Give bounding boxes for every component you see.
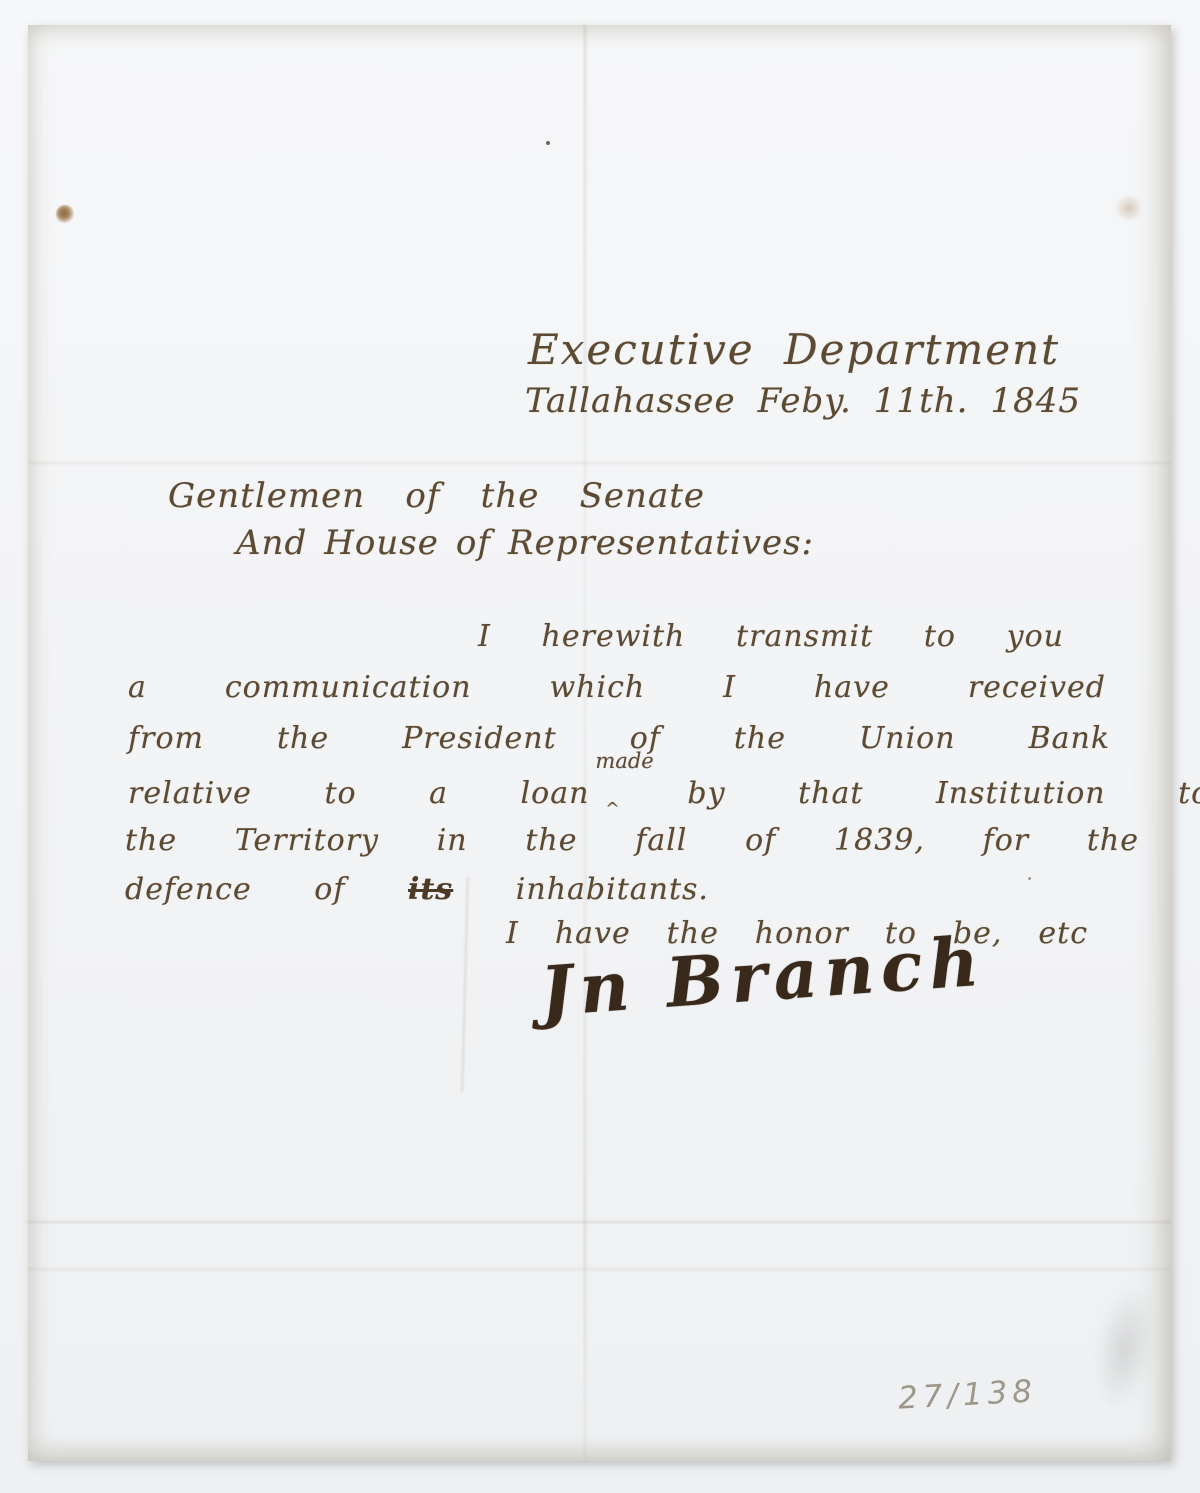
- paper-speck: [1028, 877, 1031, 880]
- body-line-2: a communication which I have received: [128, 670, 1106, 705]
- letter-page: Executive Department Tallahassee Feby. 1…: [28, 25, 1171, 1461]
- body-line-6-before: defence of: [125, 872, 345, 907]
- paper-speck: [546, 141, 550, 145]
- body-line-6: defence of its inhabitants.: [125, 872, 709, 907]
- inserted-word-text: made: [595, 749, 653, 773]
- salutation-line-2: And House of Representatives:: [236, 523, 814, 563]
- horizontal-fold-crease-bottom: [28, 1221, 1171, 1223]
- body-line-5: the Territory in the fall of 1839, for t…: [125, 823, 1139, 858]
- horizontal-fold-crease-lower: [28, 1268, 1171, 1270]
- ink-stain-spot: [56, 205, 74, 223]
- body-line-4-before: relative to a loan: [128, 776, 589, 811]
- archival-page-number: 27/138: [897, 1373, 1038, 1416]
- horizontal-fold-crease-top: [28, 462, 1171, 464]
- salutation-line-1: Gentlemen of the Senate: [168, 476, 705, 516]
- smudge-bottom-right: [1085, 1279, 1165, 1417]
- struck-word: its: [408, 872, 453, 907]
- scan-background: Executive Department Tallahassee Feby. 1…: [0, 0, 1200, 1493]
- body-line-6-after: inhabitants.: [516, 872, 709, 907]
- body-line-1: I herewith transmit to you: [478, 619, 1064, 654]
- body-line-4: relative to a loanmade^by that Instituti…: [128, 773, 1200, 811]
- insertion-caret: ^: [605, 799, 620, 819]
- inserted-word: made^: [589, 773, 675, 803]
- faint-stain-top-right: [1114, 195, 1144, 221]
- body-line-4-after: by that Institution to: [687, 776, 1200, 811]
- short-vertical-crease: [461, 877, 469, 1092]
- heading-place-date: Tallahassee Feby. 11th. 1845: [525, 381, 1081, 421]
- heading-department: Executive Department: [528, 325, 1060, 374]
